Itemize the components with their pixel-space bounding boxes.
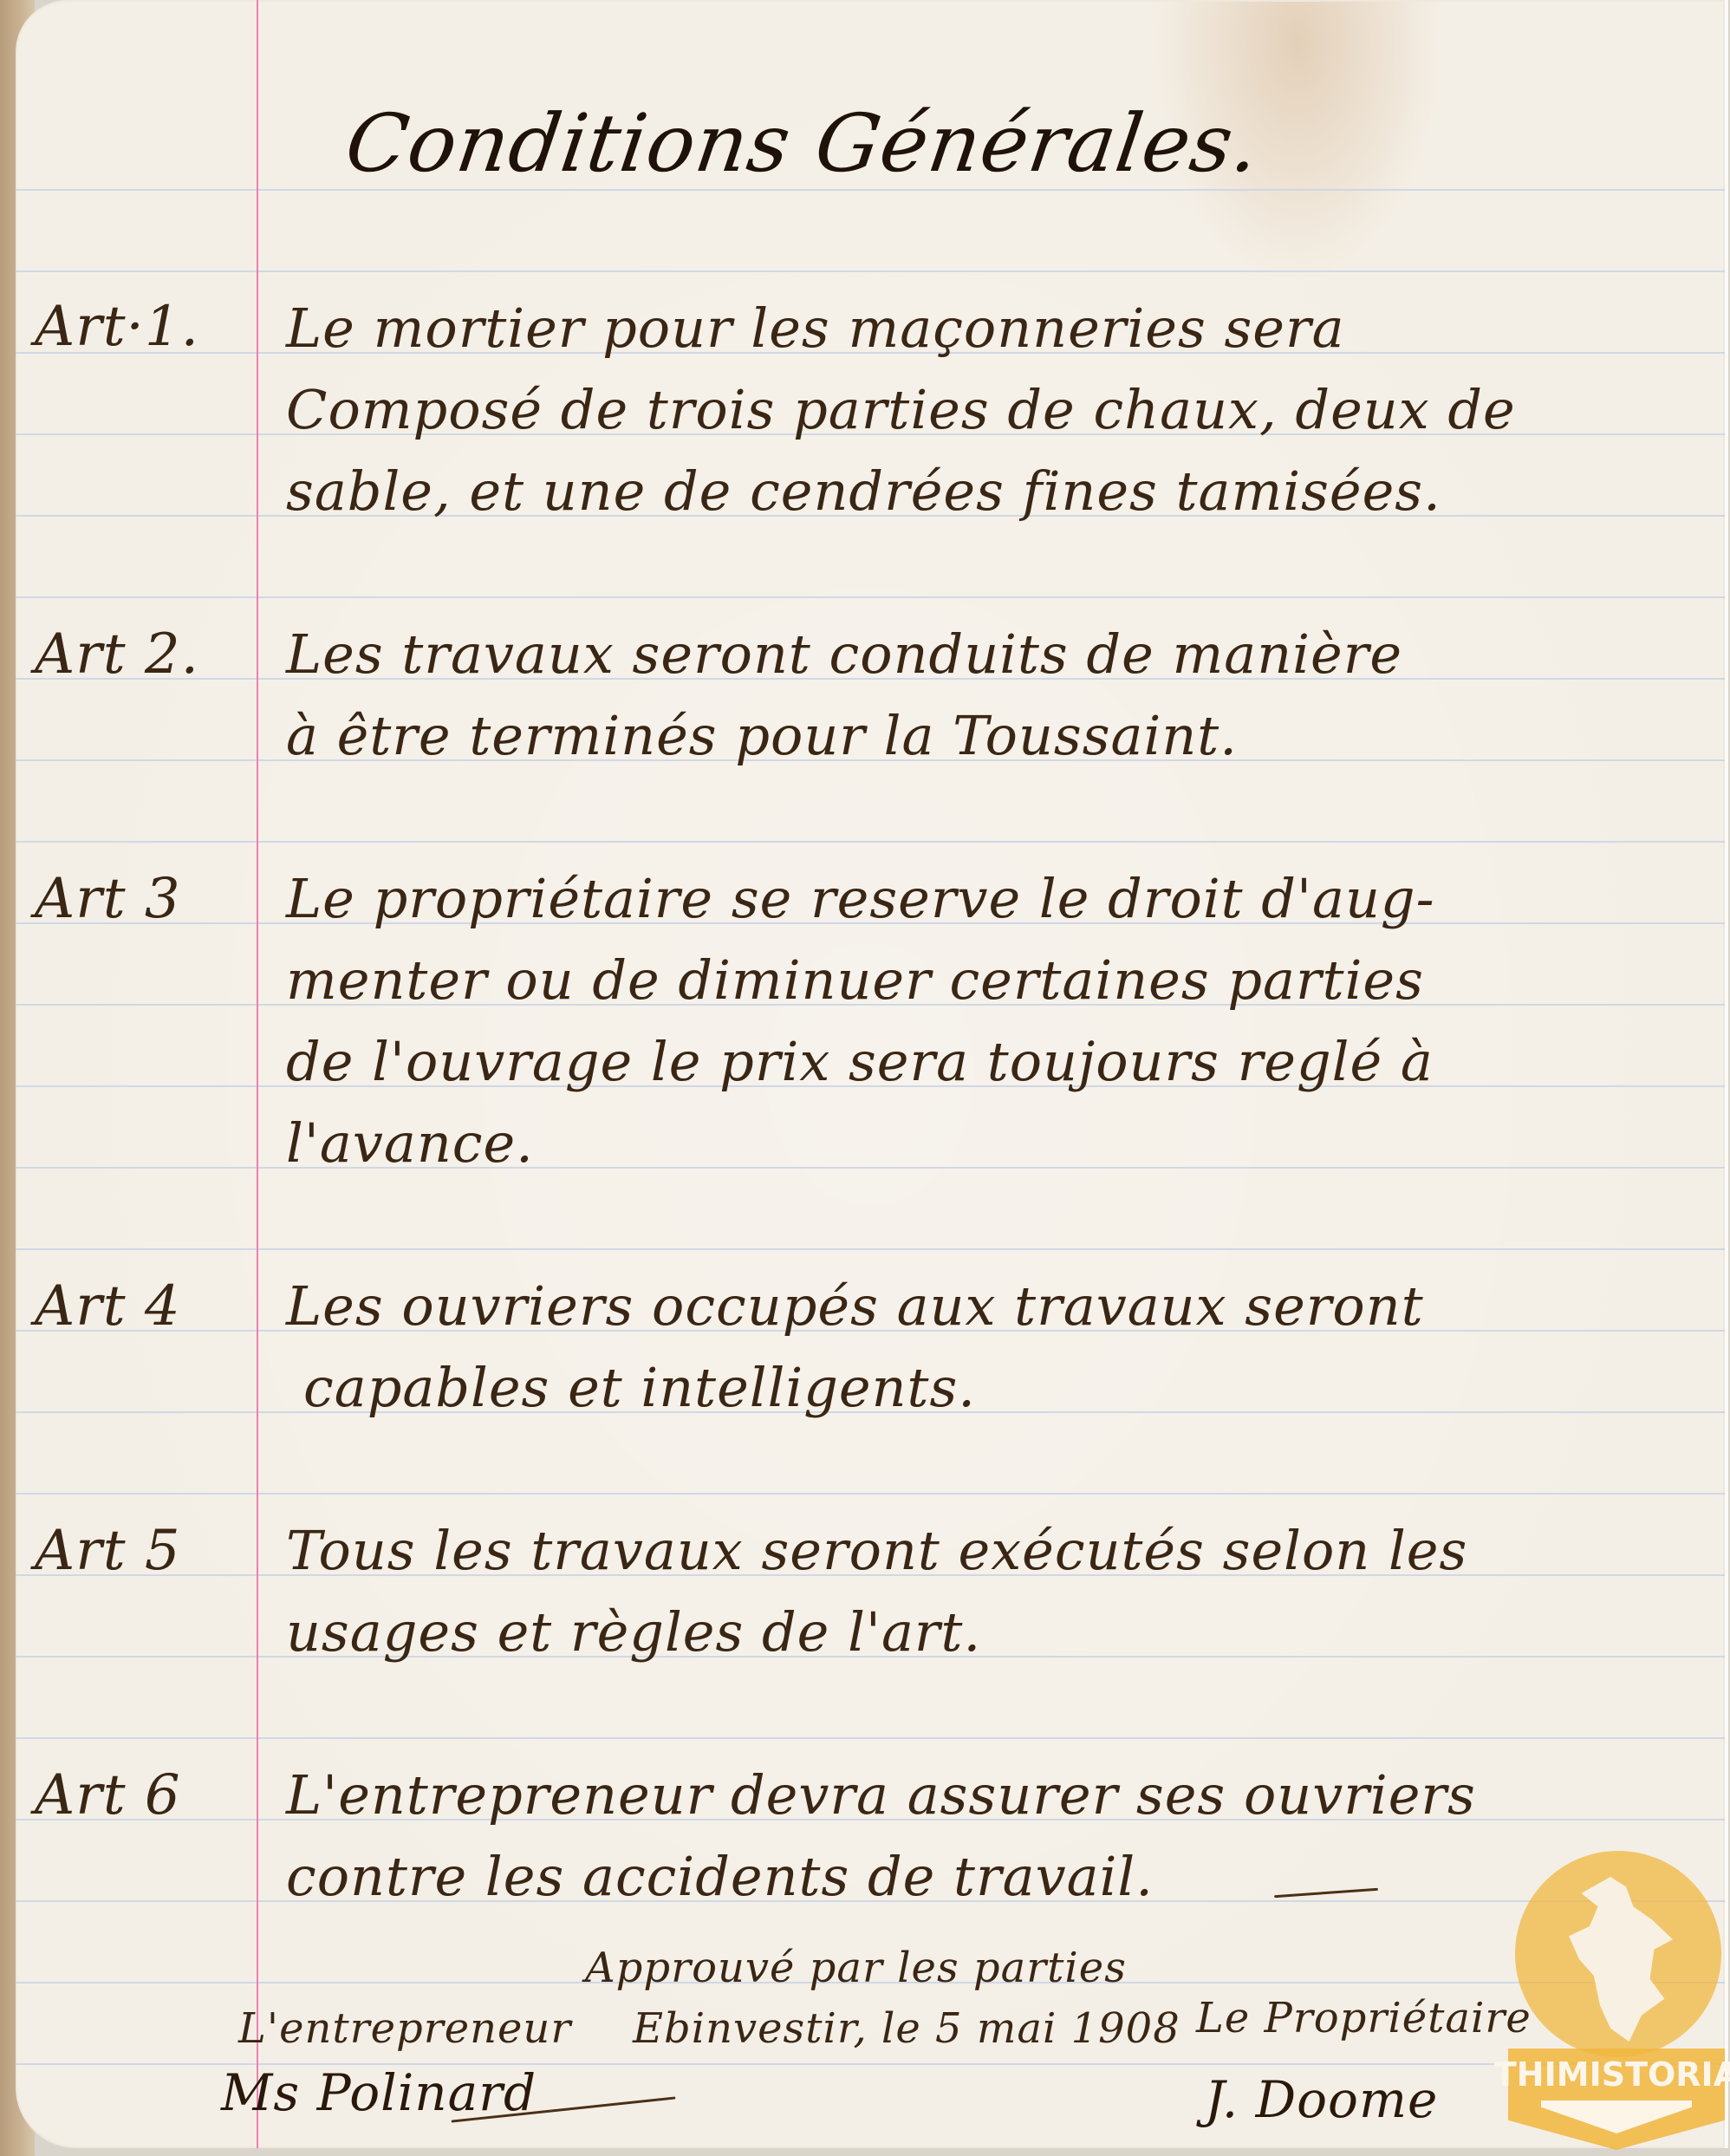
article-line: l'avance.	[286, 1111, 534, 1175]
proprietor-signature: J. Doome	[1205, 2070, 1438, 2129]
place-date: Ebinvestir, le 5 mai 1908	[633, 2004, 1180, 2053]
article-label: Art 6	[35, 1763, 181, 1827]
entrepreneur-signature: Ms Polinard	[221, 2063, 537, 2122]
proprietor-role: Le Propriétaire	[1196, 1994, 1532, 2042]
article-line: à être terminés pour la Toussaint.	[286, 704, 1238, 767]
article-label: Art 2.	[35, 622, 199, 687]
article-label: Art 4	[35, 1274, 181, 1339]
article-line: menter ou de diminuer certaines parties	[286, 948, 1424, 1012]
article-line: usages et règles de l'art.	[286, 1600, 981, 1664]
article-label: Art·1.	[35, 295, 199, 359]
article-line: Le mortier pour les maçonneries sera	[286, 296, 1345, 360]
article-line: de l'ouvrage le prix sera toujours reglé…	[286, 1030, 1434, 1093]
article-line: Composé de trois parties de chaux, deux …	[286, 378, 1516, 441]
watermark-logo: THIMISTORIA	[1508, 1851, 1725, 2150]
article-line: Le propriétaire se reserve le droit d'au…	[286, 867, 1435, 930]
approval-note: Approuvé par les parties	[585, 1944, 1127, 1992]
article-line: contre les accidents de travail.	[286, 1845, 1154, 1908]
article-line: Les travaux seront conduits de manière	[286, 622, 1402, 686]
entrepreneur-role: L'entrepreneur	[238, 2004, 571, 2053]
article-line: sable, et une de cendrées fines tamisées…	[286, 459, 1441, 523]
article-label: Art 5	[35, 1519, 181, 1583]
article-line: Tous les travaux seront exécutés selon l…	[286, 1519, 1467, 1582]
margin-line	[257, 0, 258, 2148]
watermark-text: THIMISTORIA	[1494, 2055, 1730, 2094]
article-line: L'entrepreneur devra assurer ses ouvrier…	[286, 1763, 1476, 1827]
page-title: Conditions Générales.	[340, 97, 1265, 190]
article-line: capables et intelligents.	[303, 1356, 976, 1419]
article-label: Art 3	[35, 867, 181, 931]
article-line: Les ouvriers occupés aux travaux seront	[286, 1274, 1424, 1338]
watermark-banner: THIMISTORIA	[1508, 2049, 1725, 2101]
